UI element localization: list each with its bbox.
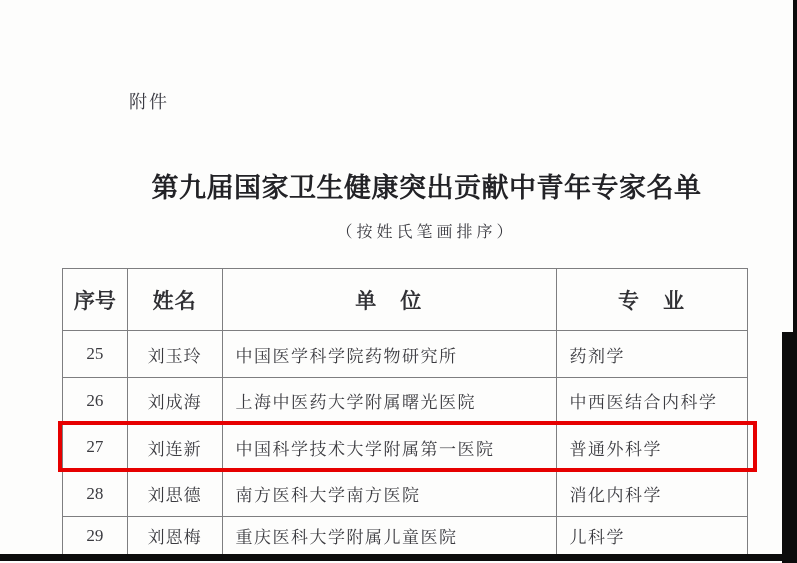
cell-field: 普通外科学 [557, 424, 747, 471]
page-subtitle: （按姓氏笔画排序） [0, 219, 797, 242]
scanned-document-page: 附件 第九届国家卫生健康突出贡献中青年专家名单 （按姓氏笔画排序） 序号 姓名 … [0, 0, 797, 563]
cell-field: 中西医结合内科学 [557, 378, 747, 424]
attachment-label: 附件 [129, 88, 169, 114]
experts-table: 序号 姓名 单 位 专 业 25 刘玉玲 中国医学科学院药物研究所 药剂学 26… [62, 268, 748, 555]
scan-edge-right-wide [782, 332, 797, 563]
cell-field: 药剂学 [557, 331, 747, 378]
cell-name: 刘连新 [128, 424, 223, 471]
cell-org: 上海中医药大学附属曙光医院 [223, 378, 557, 424]
table-row: 29 刘恩梅 重庆医科大学附属儿童医院 儿科学 [63, 517, 747, 554]
cell-org: 重庆医科大学附属儿童医院 [223, 517, 557, 554]
cell-org: 中国医学科学院药物研究所 [223, 331, 557, 378]
cell-name: 刘成海 [128, 378, 223, 424]
scan-edge-right-thin [793, 0, 797, 333]
table-row: 26 刘成海 上海中医药大学附属曙光医院 中西医结合内科学 [63, 378, 747, 424]
header-cell-no: 序号 [63, 269, 128, 331]
cell-no: 28 [63, 471, 128, 517]
cell-name: 刘思德 [128, 471, 223, 517]
cell-org: 中国科学技术大学附属第一医院 [223, 424, 557, 471]
header-cell-field: 专 业 [557, 269, 747, 331]
cell-org: 南方医科大学南方医院 [223, 471, 557, 517]
cell-name: 刘玉玲 [128, 331, 223, 378]
cell-name: 刘恩梅 [128, 517, 223, 554]
cell-field: 儿科学 [557, 517, 747, 554]
table-header-row: 序号 姓名 单 位 专 业 [63, 269, 747, 331]
cell-no: 26 [63, 378, 128, 424]
cell-field: 消化内科学 [557, 471, 747, 517]
header-cell-name: 姓名 [128, 269, 223, 331]
scan-edge-bottom [0, 554, 797, 561]
cell-no: 27 [63, 424, 128, 471]
table-row-highlighted: 27 刘连新 中国科学技术大学附属第一医院 普通外科学 [63, 424, 747, 471]
table-row: 25 刘玉玲 中国医学科学院药物研究所 药剂学 [63, 331, 747, 378]
cell-no: 25 [63, 331, 128, 378]
page-title: 第九届国家卫生健康突出贡献中青年专家名单 [0, 166, 797, 205]
table-row: 28 刘思德 南方医科大学南方医院 消化内科学 [63, 471, 747, 517]
cell-no: 29 [63, 517, 128, 554]
header-cell-org: 单 位 [223, 269, 557, 331]
